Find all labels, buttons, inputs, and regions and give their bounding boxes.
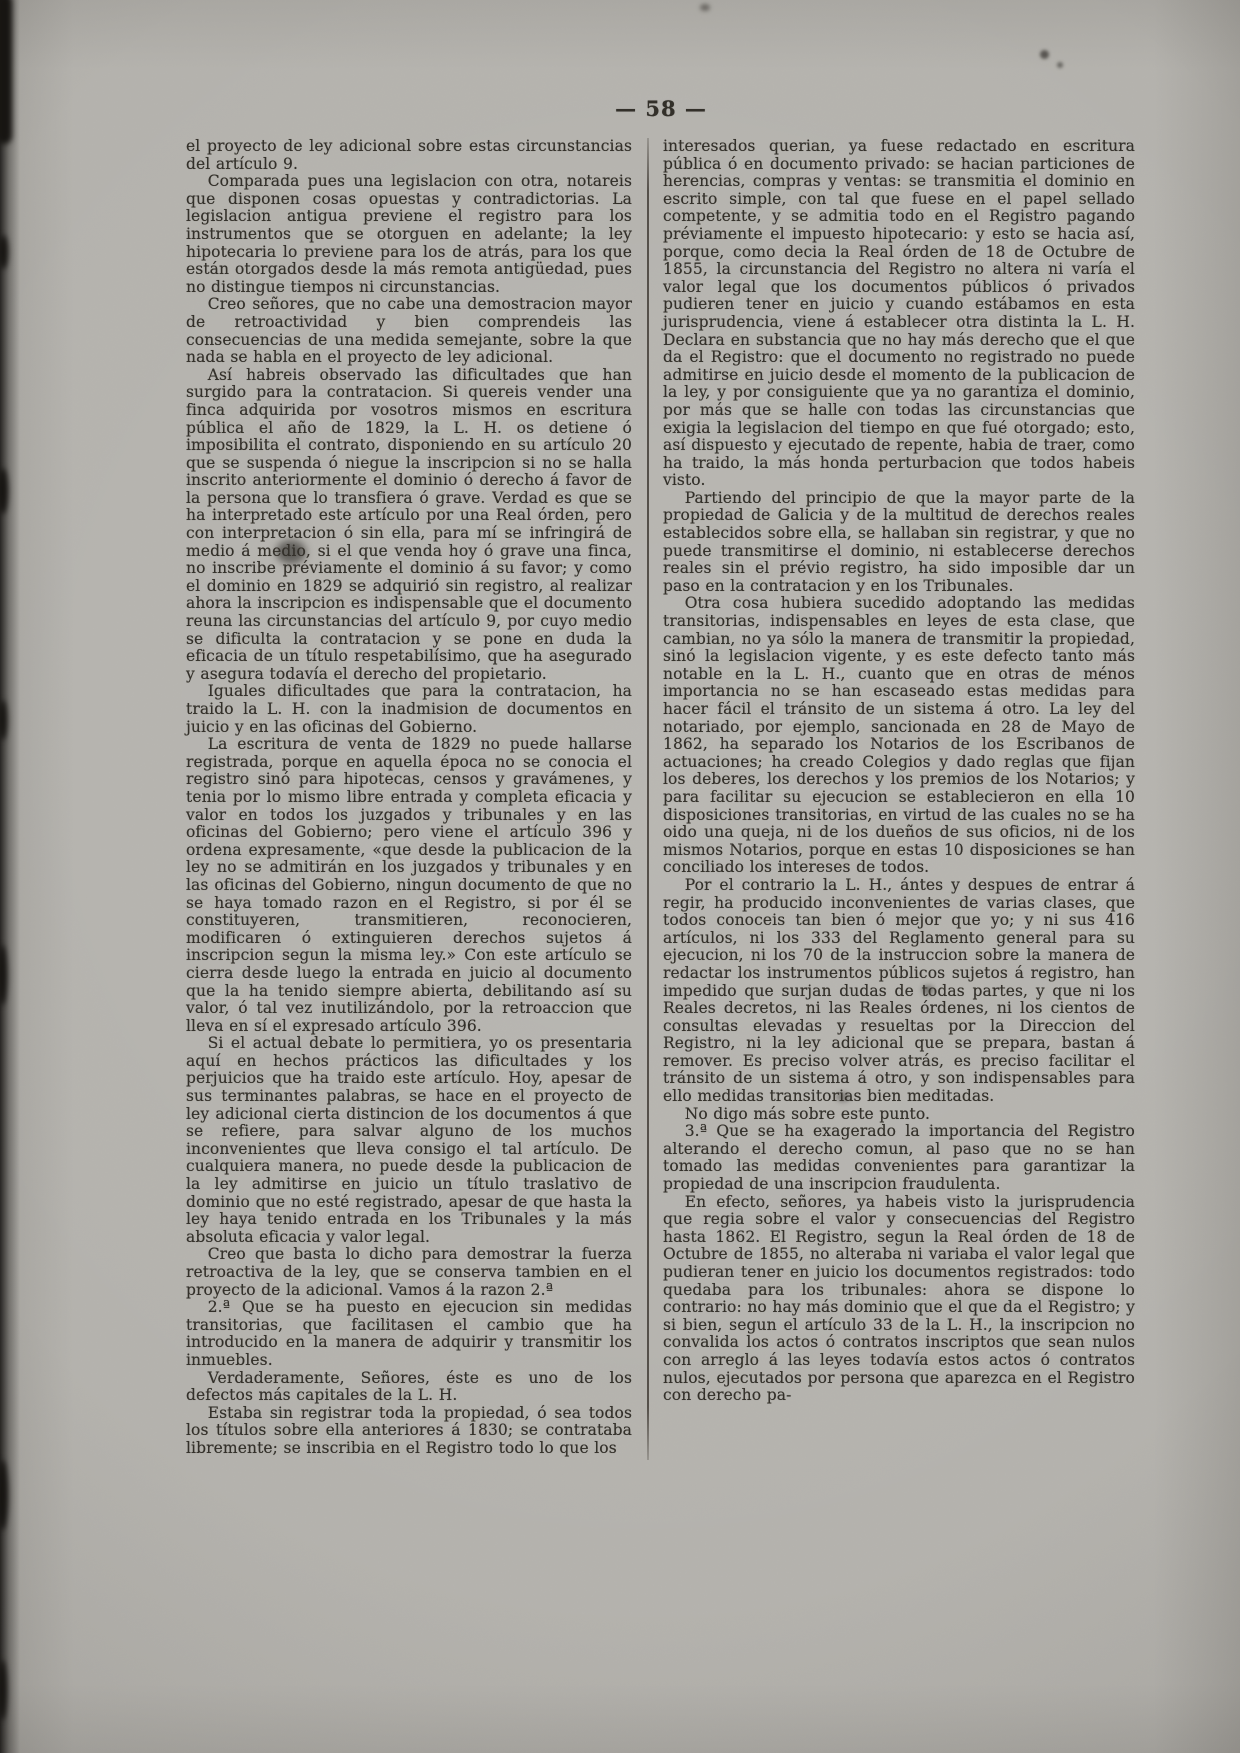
paragraph: La escritura de venta de 1829 no puede h… (186, 736, 632, 1035)
paragraph: Creo señores, que no cabe una demostraci… (186, 296, 632, 366)
paragraph: el proyecto de ley adicional sobre estas… (186, 138, 632, 173)
paragraph: Por el contrario la L. H., ántes y despu… (663, 877, 1135, 1106)
paragraph: 3.ª Que se ha exagerado la importancia d… (663, 1123, 1135, 1193)
ink-smudge (700, 4, 710, 11)
page-number: — 58 — (615, 96, 707, 121)
paragraph: 2.ª Que se ha puesto en ejecucion sin me… (186, 1299, 632, 1369)
paragraph: Estaba sin registrar toda la propiedad, … (186, 1405, 632, 1458)
paragraph: Así habreis observado las dificultades q… (186, 367, 632, 684)
paragraph: interesados querian, ya fuese redactado … (663, 138, 1135, 490)
ink-smudge (1040, 50, 1049, 59)
scan-artifact (0, 0, 12, 144)
scanned-book-page: — 58 — el proyecto de ley adicional sobr… (0, 0, 1240, 1753)
column-divider-rule (647, 138, 649, 1460)
paragraph: Otra cosa hubiera sucedido adoptando las… (663, 595, 1135, 877)
paragraph: Creo que basta lo dicho para demostrar l… (186, 1246, 632, 1299)
right-column: interesados querian, ya fuese redactado … (663, 138, 1135, 1405)
paragraph: Verdaderamente, Señores, éste es uno de … (186, 1370, 632, 1405)
paragraph: Si el actual debate lo permitiera, yo os… (186, 1035, 632, 1246)
left-column: el proyecto de ley adicional sobre estas… (186, 138, 632, 1458)
ink-smudge (1057, 62, 1063, 68)
paragraph: Comparada pues una legislacion con otra,… (186, 173, 632, 296)
paragraph: No digo más sobre este punto. (663, 1106, 1135, 1124)
paragraph: Partiendo del principio de que la mayor … (663, 490, 1135, 596)
paragraph: Iguales dificultades que para la contrat… (186, 683, 632, 736)
paragraph: En efecto, señores, ya habeis visto la j… (663, 1194, 1135, 1405)
